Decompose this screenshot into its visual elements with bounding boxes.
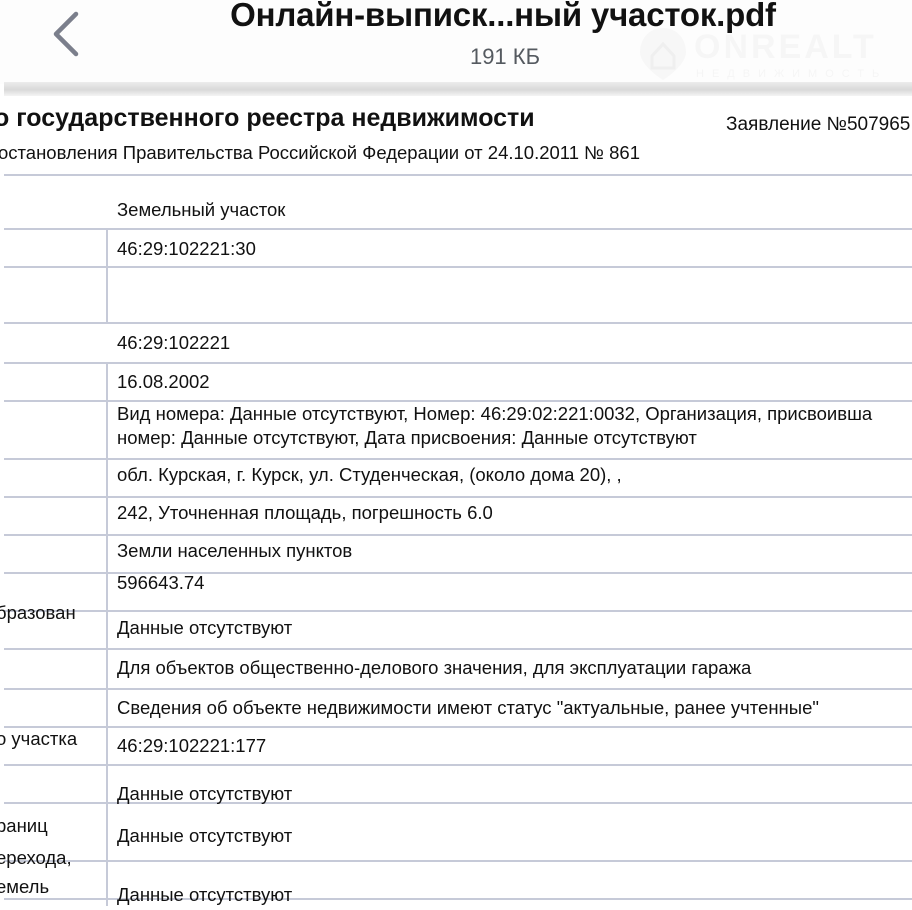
table-cell-value: обл. Курская, г. Курск, ул. Студенческая… bbox=[117, 463, 622, 487]
table-cell-value: 242, Уточненная площадь, погрешность 6.0 bbox=[117, 501, 493, 525]
table-cell-value: Земельный участок bbox=[117, 198, 285, 222]
document-title: Онлайн-выписк...ный участок.pdf bbox=[0, 0, 912, 34]
pdf-page[interactable]: о государственного реестра недвижимости … bbox=[0, 96, 912, 910]
application-number: Заявление №507965 bbox=[726, 114, 910, 136]
table-cell-value: Данные отсутствуют bbox=[117, 883, 292, 907]
table-rule bbox=[4, 860, 912, 862]
page-separator bbox=[4, 82, 912, 96]
table-rule bbox=[4, 266, 912, 268]
top-navigation-bar: ONREALT НЕДВИЖИМОСТЬ Онлайн-выписк...ный… bbox=[0, 0, 912, 84]
table-rule bbox=[4, 688, 912, 690]
table-cell-label: о участка bbox=[0, 727, 77, 751]
column-divider bbox=[106, 496, 108, 534]
table-cell-value: 16.08.2002 bbox=[117, 370, 210, 394]
table-cell-value: Данные отсутствуют bbox=[117, 616, 292, 640]
document-subheading: остановления Правительства Российской Фе… bbox=[0, 142, 640, 164]
table-rule bbox=[4, 322, 912, 324]
table-cell-value: 46:29:102221:177 bbox=[117, 734, 266, 758]
table-rule bbox=[4, 362, 912, 364]
column-divider bbox=[106, 802, 108, 860]
table-cell-value: Вид номера: Данные отсутствуют, Номер: 4… bbox=[117, 402, 872, 450]
table-cell-value: 46:29:102221 bbox=[117, 331, 230, 355]
table-rule bbox=[4, 174, 912, 176]
column-divider bbox=[106, 860, 108, 898]
column-divider bbox=[106, 400, 108, 458]
table-cell-value: Данные отсутствуют bbox=[117, 782, 292, 806]
column-divider bbox=[106, 266, 108, 322]
table-cell-label: бразован bbox=[0, 601, 76, 625]
table-rule bbox=[4, 610, 912, 612]
column-divider bbox=[106, 228, 108, 266]
column-divider bbox=[106, 648, 108, 688]
column-divider bbox=[106, 458, 108, 496]
table-cell-value: Земли населенных пунктов bbox=[117, 539, 352, 563]
table-cell-value: Сведения об объекте недвижимости имеют с… bbox=[117, 696, 819, 720]
column-divider bbox=[106, 726, 108, 764]
table-cell-value: Данные отсутствуют bbox=[117, 824, 292, 848]
column-divider bbox=[106, 362, 108, 400]
column-divider bbox=[106, 898, 108, 906]
table-rule bbox=[4, 764, 912, 766]
table-cell-value: Для объектов общественно-делового значен… bbox=[117, 656, 751, 680]
table-rule bbox=[4, 496, 912, 498]
column-divider bbox=[106, 610, 108, 648]
table-rule bbox=[4, 228, 912, 230]
table-rule bbox=[4, 534, 912, 536]
column-divider bbox=[106, 572, 108, 610]
table-cell-label: раниц bbox=[0, 814, 48, 838]
table-rule bbox=[4, 726, 912, 728]
table-rule bbox=[4, 648, 912, 650]
file-size: 191 КБ bbox=[0, 44, 912, 70]
table-cell-label: ерехода,емель bbox=[0, 846, 72, 904]
column-divider bbox=[106, 688, 108, 726]
table-rule bbox=[4, 458, 912, 460]
column-divider bbox=[106, 534, 108, 572]
column-divider bbox=[106, 764, 108, 802]
document-heading: о государственного реестра недвижимости bbox=[0, 104, 535, 133]
table-cell-value: 46:29:102221:30 bbox=[117, 237, 256, 261]
table-cell-value: 596643.74 bbox=[117, 571, 204, 595]
